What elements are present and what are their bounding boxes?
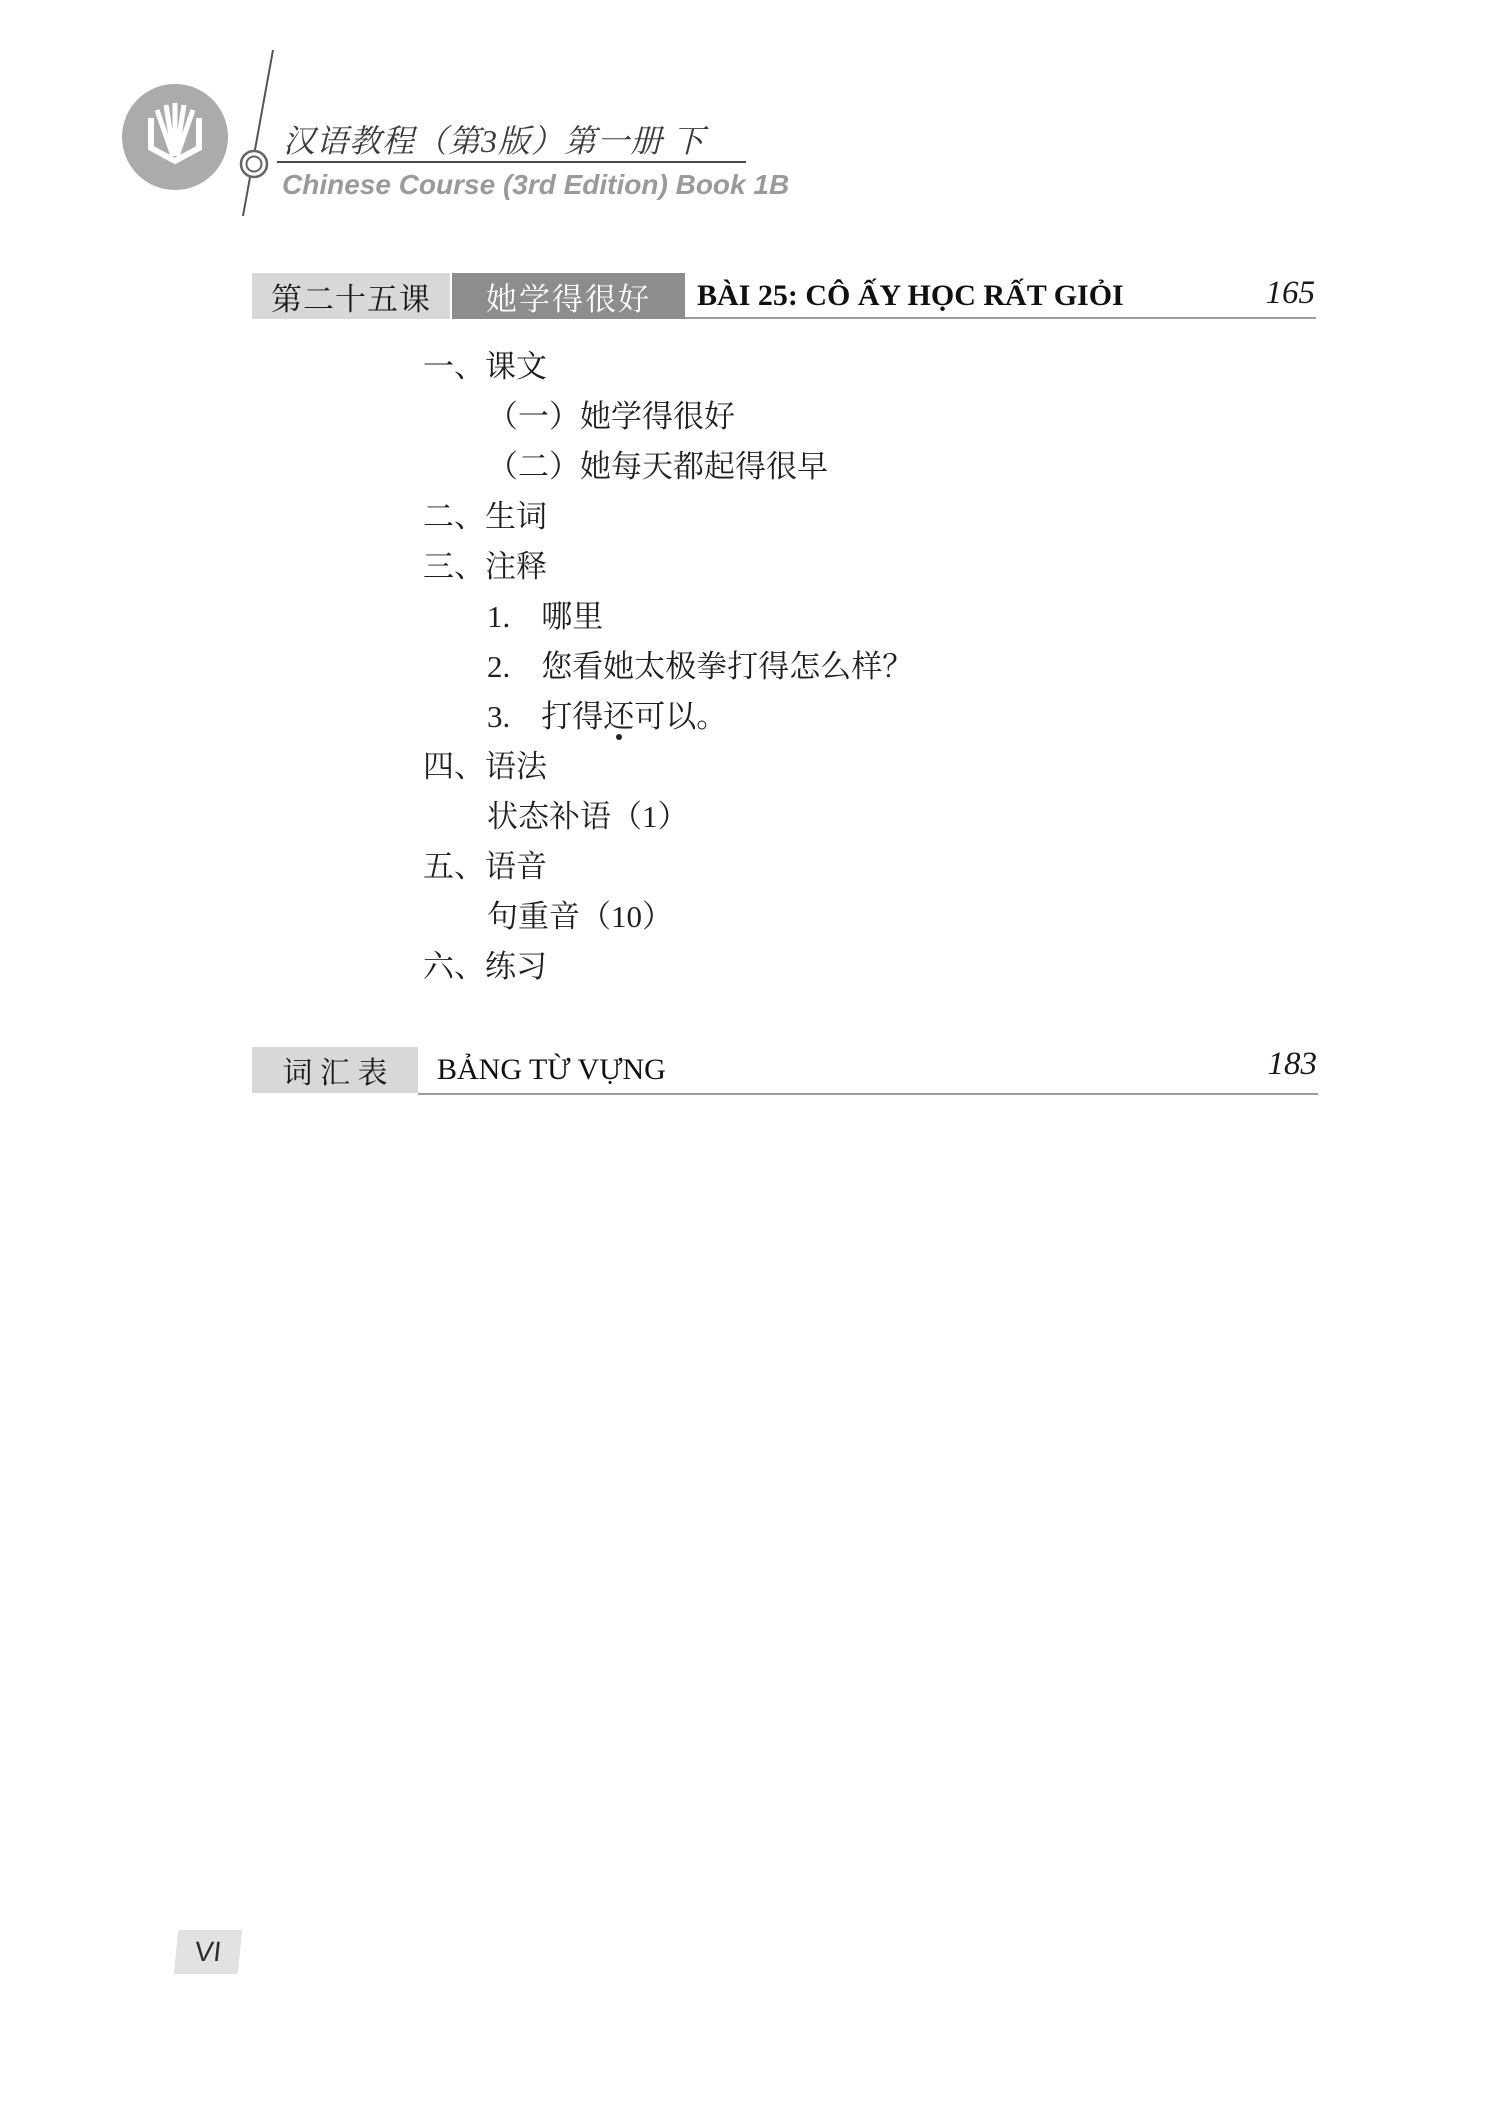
toc-item: 2. 您看她太极拳打得怎么样？ — [0, 642, 1512, 692]
toc-item-text: 3. 打得 — [487, 699, 603, 734]
lesson-title-badge: 她学得很好 — [452, 273, 685, 319]
vocabulary-underline — [418, 1093, 1318, 1095]
toc-item: （一）她学得很好 — [0, 392, 1512, 442]
toc-item: （二）她每天都起得很早 — [0, 442, 1512, 492]
book-title-english: Chinese Course (3rd Edition) Book 1B — [282, 169, 789, 201]
lesson-underline — [685, 317, 1316, 319]
toc-item-text: 可以。 — [634, 699, 727, 734]
toc-item: 四、语法 — [0, 742, 1512, 792]
folio-page-number: VI — [174, 1930, 243, 1974]
lesson-title-vietnamese: BÀI 25: CÔ ẤY HỌC RẤT GIỎI — [697, 273, 1124, 319]
lesson-page-number: 165 — [1180, 275, 1315, 312]
lesson-contents-list: 一、课文 （一）她学得很好 （二）她每天都起得很早 二、生词 三、注释 1. 哪… — [0, 342, 1512, 992]
toc-item: 六、练习 — [0, 942, 1512, 992]
toc-item: 句重音（10） — [0, 892, 1512, 942]
decorative-slash-line — [220, 42, 290, 222]
toc-item: 五、语音 — [0, 842, 1512, 892]
lesson-number-badge: 第二十五课 — [252, 273, 450, 319]
toc-item: 三、注释 — [0, 542, 1512, 592]
vocabulary-title-vietnamese: BẢNG TỪ VỰNG — [437, 1047, 666, 1093]
toc-item: 二、生词 — [0, 492, 1512, 542]
publisher-logo — [122, 84, 228, 190]
open-book-icon — [122, 84, 228, 190]
vocabulary-badge: 词 汇 表 — [252, 1047, 418, 1093]
header-rule — [277, 161, 746, 163]
book-title-chinese: 汉语教程（第3版）第一册 下 — [283, 116, 705, 162]
vocabulary-page-number: 183 — [1182, 1046, 1317, 1083]
emphasis-dot-character: 还 — [603, 692, 634, 742]
toc-item: 状态补语（1） — [0, 792, 1512, 842]
toc-item: 1. 哪里 — [0, 592, 1512, 642]
toc-item-with-emphasis: 3. 打得还可以。 — [0, 692, 1512, 742]
toc-item: 一、课文 — [0, 342, 1512, 392]
book-toc-page: 汉语教程（第3版）第一册 下 Chinese Course (3rd Editi… — [0, 0, 1512, 2119]
